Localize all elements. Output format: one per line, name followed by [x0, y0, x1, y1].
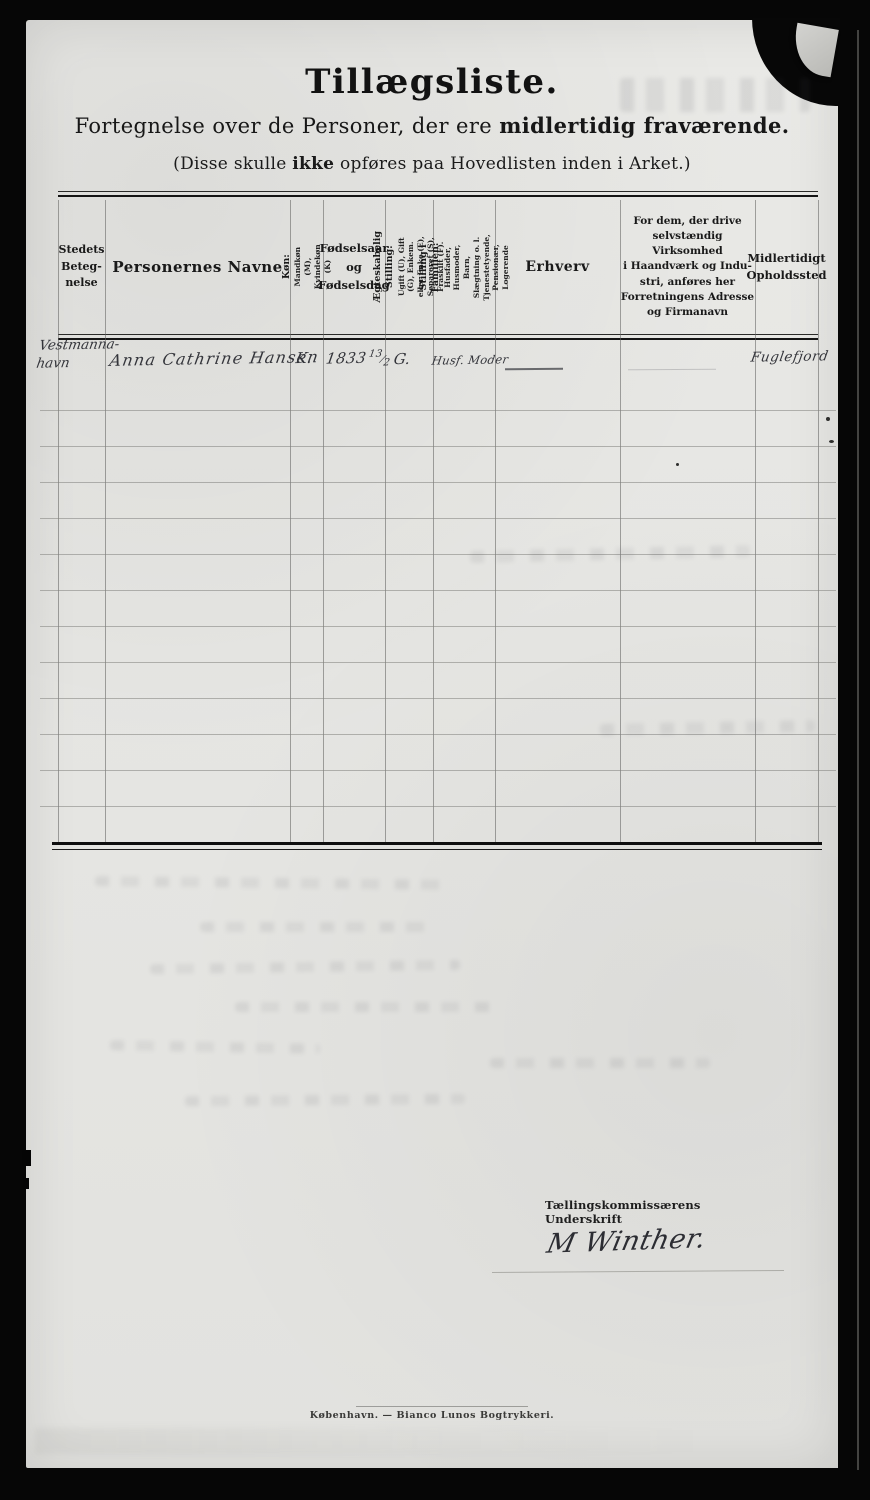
- scan-smudge: [35, 1428, 725, 1454]
- entry-temporary-residence: Fuglefjord: [750, 348, 830, 365]
- column-line: [818, 200, 819, 842]
- edge-notch: [22, 1150, 31, 1166]
- subtitle-bold: midlertidig fraværende.: [499, 113, 789, 138]
- form-note: (Disse skulle ikke opføres paa Hovedlist…: [26, 154, 838, 174]
- row-line: [40, 518, 836, 519]
- edge-notch: [23, 1178, 29, 1189]
- ink-speck: [829, 440, 834, 443]
- row-line: [40, 446, 836, 447]
- row-line: [40, 410, 836, 411]
- col-header-stilling-i-familien: Stilling i Familien: Husfader, Husmoder,…: [433, 200, 495, 334]
- col-stilling-main: Stilling i Familien:: [418, 234, 443, 300]
- form-subtitle: Fortegnelse over de Personer, der ere mi…: [26, 113, 838, 138]
- entry-name: Anna Cathrine Hansen: [108, 347, 320, 370]
- ink-speck: [826, 417, 830, 421]
- row-line: [40, 626, 836, 627]
- bleed-through-mark: [235, 1002, 495, 1012]
- entry-birth-year: 1833: [325, 349, 368, 368]
- bleed-through-mark: [200, 922, 430, 932]
- table-bottom-rule: [52, 842, 822, 850]
- row-line: [40, 770, 836, 771]
- row-line: [40, 734, 836, 735]
- entry-birth-day-fraction: 13⁄2: [367, 348, 393, 368]
- col-kon-main: Køn:: [281, 245, 293, 290]
- col-header-stedets-betegnelse: Stedets Beteg- nelse: [58, 200, 105, 334]
- scanner-edge-line: [857, 30, 859, 1470]
- printer-imprint: København. — Bianco Lunos Bogtrykkeri.: [26, 1410, 838, 1421]
- note-post: opføres paa Hovedlisten inden i Arket.): [334, 154, 691, 174]
- imprint-rule: [356, 1406, 528, 1407]
- bleed-through-mark: [620, 78, 810, 112]
- col-header-firma-adresse: For dem, der drive selvstændig Virksomhe…: [620, 200, 755, 334]
- census-form-scan: Tillægsliste. Fortegnelse over de Person…: [0, 0, 870, 1500]
- note-pre: (Disse skulle: [173, 154, 292, 174]
- col-aegteskab-main: Ægteskabelig Stilling:: [372, 231, 397, 303]
- row-line: [40, 482, 836, 483]
- subtitle-normal: Fortegnelse over de Personer, der ere: [75, 114, 500, 138]
- col-header-personernes-navne: Personernes Navne: [105, 200, 290, 334]
- commissioner-signature: M Winther.: [544, 1223, 709, 1259]
- col-header-erhverv: Erhverv: [495, 200, 620, 334]
- signature-label: Tællingskommissærens Underskrift: [545, 1198, 745, 1226]
- entry-marital-status: G.: [393, 350, 412, 368]
- row-line: [40, 662, 836, 663]
- ink-speck: [676, 463, 679, 466]
- fraction-numerator: 13: [368, 349, 384, 360]
- entry-sex: K.: [295, 349, 314, 367]
- entry-family-position: Husf. Moder: [431, 352, 510, 367]
- col-header-midlertidigt-opholdssted: Midlertidigt Opholdssted: [755, 200, 818, 334]
- row-line: [40, 590, 836, 591]
- header-bottom-rule: [58, 334, 818, 340]
- note-bold: ikke: [292, 154, 334, 174]
- row-line: [40, 806, 836, 807]
- entry-birth: 183313⁄2: [324, 348, 392, 369]
- table-top-rule: [58, 191, 818, 197]
- row-line: [40, 698, 836, 699]
- bleed-through-mark: [490, 1058, 710, 1068]
